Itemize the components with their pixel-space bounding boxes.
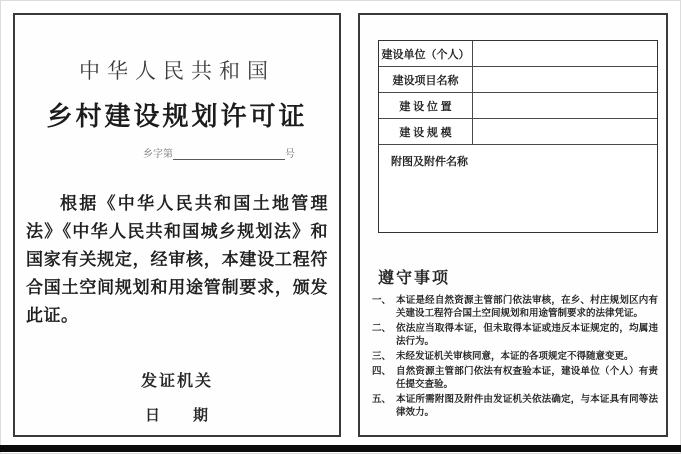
compliance-heading: 遵守事项 [378,265,450,288]
table-row: 建 设 位 置 [379,93,657,119]
item-number: 三、 [372,351,396,364]
item-text: 未经发证机关审核同意，本证的各项规定不得随意变更。 [396,351,658,364]
serial-number-blank [173,150,285,160]
row-label-construction-unit: 建设单位（个人） [379,41,473,66]
item-number: 四、 [372,366,396,392]
compliance-list: 一、 本证是经自然资源主管部门依法审核，在乡、村庄规划区内有关建设工程符合国土空… [372,295,658,422]
item-text: 本证是经自然资源主管部门依法审核，在乡、村庄规划区内有关建设工程符合国土空间规划… [396,295,658,321]
date-label: 日 期 [15,404,339,425]
table-row: 建 设 规 模 [379,119,657,145]
serial-number-row: 乡字第号 [15,145,339,160]
row-value-construction-scale [473,119,657,144]
attachment-names-label: 附图及附件名称 [391,156,468,168]
permit-cover-page: 中华人民共和国 乡村建设规划许可证 乡字第号 根据《中华人民共和国土地管理法》《… [13,13,341,437]
permit-detail-page: 建设单位（个人） 建设项目名称 建 设 位 置 建 设 规 模 附图及附件名称 … [358,13,668,437]
document-scan: 中华人民共和国 乡村建设规划许可证 乡字第号 根据《中华人民共和国土地管理法》《… [0,0,681,454]
item-text: 自然资源主管部门依法有权查验本证，建设单位（个人）有责任提交查验。 [396,366,658,392]
table-row: 建设单位（个人） [379,41,657,67]
row-value-project-name [473,67,657,92]
item-text: 依法应当取得本证，但未取得本证或违反本证规定的，均属违法行为。 [396,323,658,349]
row-label-project-name: 建设项目名称 [379,67,473,92]
serial-prefix-label: 乡字第 [143,149,173,160]
serial-suffix-label: 号 [285,149,295,160]
item-text: 本证所需附图及附件由发证机关依法确定，与本证具有同等法律效力。 [396,394,658,420]
row-label-construction-scale: 建 设 规 模 [379,119,473,144]
row-value-construction-location [473,93,657,118]
row-value-construction-unit [473,41,657,66]
row-label-construction-location: 建 设 位 置 [379,93,473,118]
certificate-title: 乡村建设规划许可证 [15,96,339,133]
list-item: 一、 本证是经自然资源主管部门依法审核，在乡、村庄规划区内有关建设工程符合国土空… [372,295,658,321]
item-number: 五、 [372,394,396,420]
scan-edge-bar [0,445,681,452]
issuing-authority-label: 发证机关 [15,368,339,391]
project-info-table: 建设单位（个人） 建设项目名称 建 设 位 置 建 设 规 模 附图及附件名称 [378,40,658,233]
list-item: 二、 依法应当取得本证，但未取得本证或违反本证规定的，均属违法行为。 [372,323,658,349]
certificate-statement: 根据《中华人民共和国土地管理法》《中华人民共和国城乡规划法》和国家有关规定，经审… [26,190,328,330]
list-item: 三、 未经发证机关审核同意，本证的各项规定不得随意变更。 [372,351,658,364]
item-number: 二、 [372,323,396,349]
country-title: 中华人民共和国 [15,55,339,85]
item-number: 一、 [372,295,396,321]
list-item: 五、 本证所需附图及附件由发证机关依法确定，与本证具有同等法律效力。 [372,394,658,420]
attachment-names-cell: 附图及附件名称 [379,145,657,232]
table-row: 建设项目名称 [379,67,657,93]
list-item: 四、 自然资源主管部门依法有权查验本证，建设单位（个人）有责任提交查验。 [372,366,658,392]
